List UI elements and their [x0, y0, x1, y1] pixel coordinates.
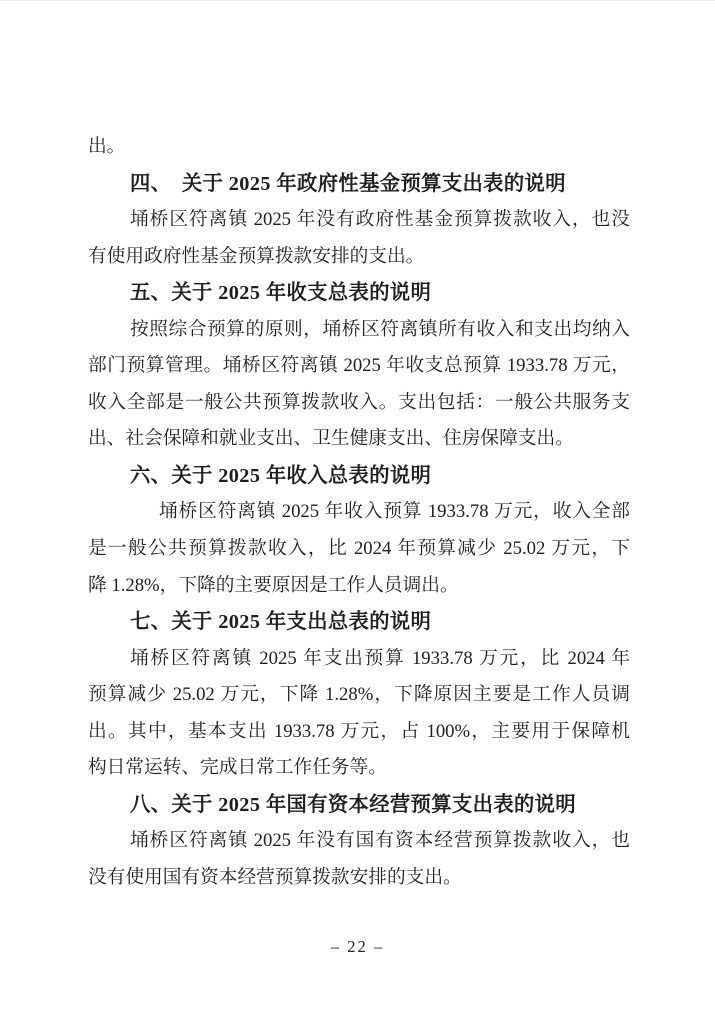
section-heading-5: 五、关于 2025 年收支总表的说明	[88, 275, 630, 312]
page-number: – 22 –	[0, 937, 715, 957]
body-line: 部门预算管理。埇桥区符离镇 2025 年收支总预算 1933.78 万元，	[88, 348, 630, 385]
document-page: 出。 四、 关于 2025 年政府性基金预算支出表的说明 埇桥区符离镇 2025…	[0, 0, 715, 1012]
body-line: 没有使用国有资本经营预算拨款安排的支出。	[88, 860, 630, 897]
body-line: 埇桥区符离镇 2025 年收入预算 1933.78 万元，收入全部	[88, 494, 630, 531]
section-heading-6: 六、关于 2025 年收入总表的说明	[88, 458, 630, 495]
body-line: 出、社会保障和就业支出、卫生健康支出、住房保障支出。	[88, 421, 630, 458]
body-line: 出。其中，基本支出 1933.78 万元，占 100%，主要用于保障机	[88, 714, 630, 751]
body-line: 预算减少 25.02 万元，下降 1.28%，下降原因主要是工作人员调	[88, 677, 630, 714]
body-line: 埇桥区符离镇 2025 年没有国有资本经营预算拨款收入，也	[88, 823, 630, 860]
body-line: 有使用政府性基金预算拨款安排的支出。	[88, 239, 630, 276]
body-line: 按照综合预算的原则，埇桥区符离镇所有收入和支出均纳入	[88, 312, 630, 349]
section-heading-7: 七、关于 2025 年支出总表的说明	[88, 604, 630, 641]
body-line: 构日常运转、完成日常工作任务等。	[88, 750, 630, 787]
section-heading-4: 四、 关于 2025 年政府性基金预算支出表的说明	[88, 166, 630, 203]
body-line: 是一般公共预算拨款收入，比 2024 年预算减少 25.02 万元，下	[88, 531, 630, 568]
continuation-line: 出。	[88, 129, 630, 166]
body-line: 埇桥区符离镇 2025 年没有政府性基金预算拨款收入，也没	[88, 202, 630, 239]
body-line: 收入全部是一般公共预算拨款收入。支出包括：一般公共服务支	[88, 385, 630, 422]
body-line: 埇桥区符离镇 2025 年支出预算 1933.78 万元，比 2024 年	[88, 641, 630, 678]
body-line: 降 1.28%，下降的主要原因是工作人员调出。	[88, 568, 630, 605]
section-heading-8: 八、关于 2025 年国有资本经营预算支出表的说明	[88, 787, 630, 824]
document-body: 出。 四、 关于 2025 年政府性基金预算支出表的说明 埇桥区符离镇 2025…	[88, 129, 630, 896]
